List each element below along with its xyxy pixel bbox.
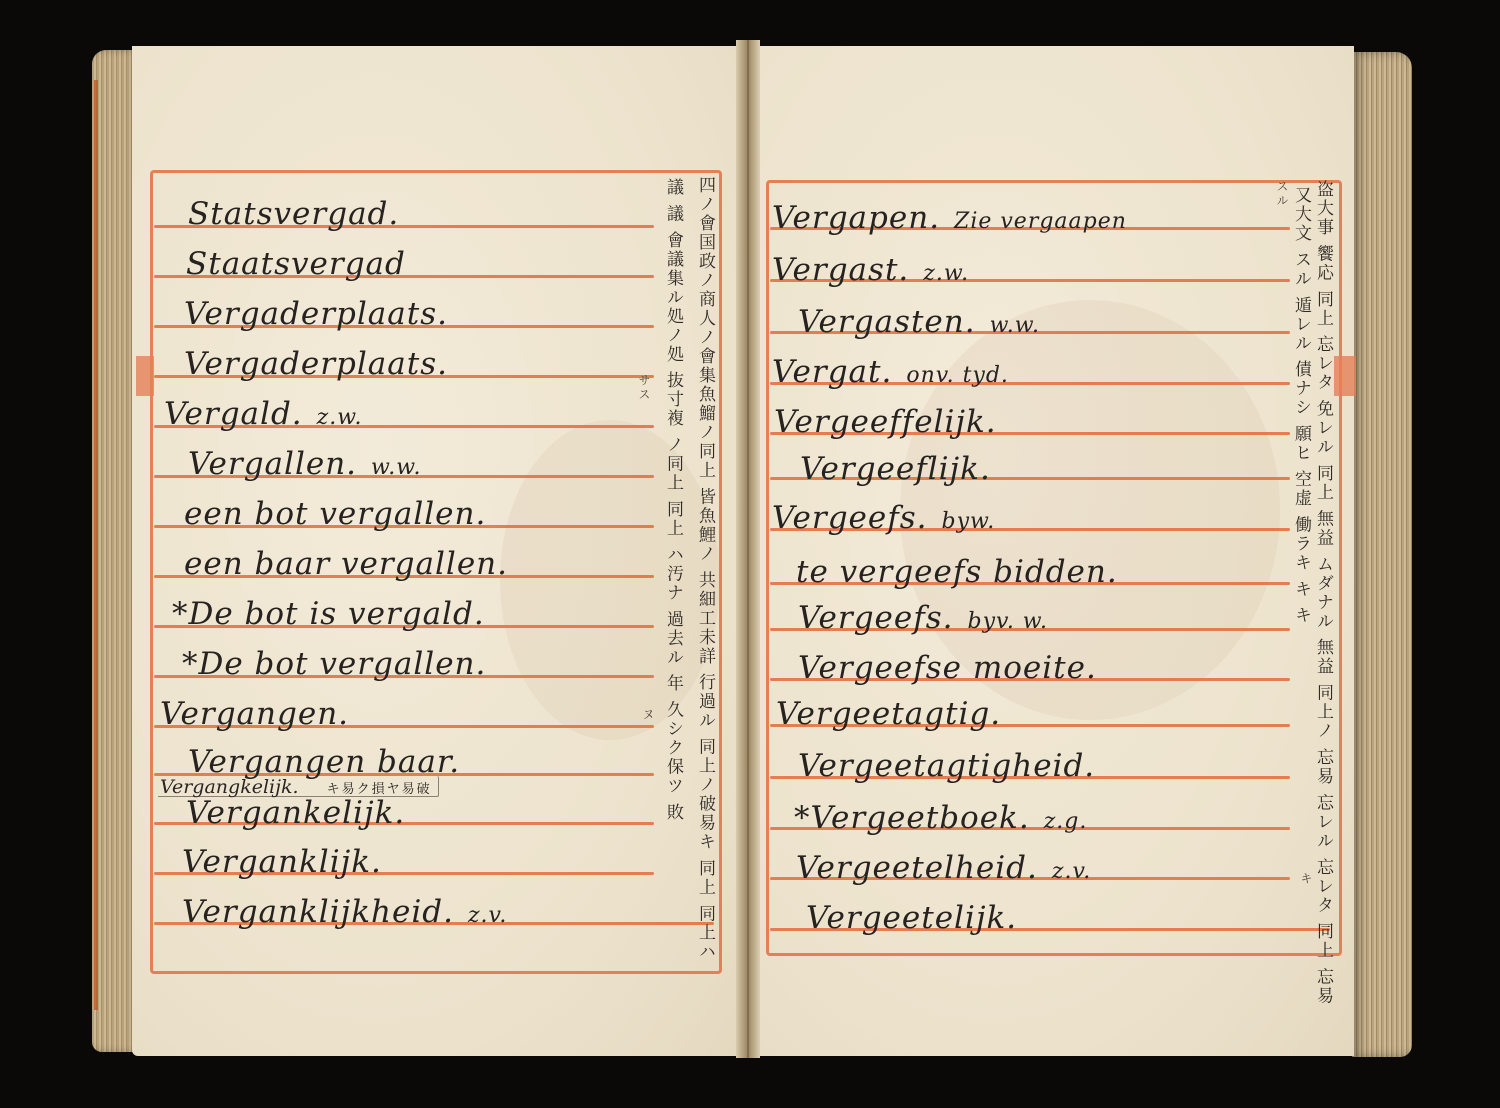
dutch-entry: Vergast.z.w. — [772, 252, 969, 288]
dutch-entry: te vergeefs bidden. — [796, 554, 1132, 590]
dutch-entry: Vergapen.Zie vergaapen — [772, 200, 1127, 236]
dutch-entry: Verganklijk. — [182, 844, 396, 880]
japanese-gloss-column: 又大文 スル 遁レル 債ナシ 願ヒ 空虚 働ラキ キ キ — [1292, 186, 1309, 766]
dutch-entry: Vergeefse moeite. — [798, 650, 1111, 686]
dutch-entry: Vergeefs.byw. — [772, 500, 995, 536]
dutch-entry: Vergat.onv. tyd. — [772, 354, 1009, 390]
right-margin-tab — [1334, 356, 1356, 396]
dutch-entry: *Vergeetboek.z.g. — [794, 800, 1087, 836]
katakana-reading: スル — [1276, 180, 1288, 208]
dutch-entry: een bot vergallen. — [184, 496, 500, 532]
dutch-entry: Staatsvergad — [186, 246, 420, 282]
dutch-entry: Verganklijkheid.z.v. — [182, 894, 507, 930]
japanese-gloss-column: 盗大事 饗応 同上 忘レタ 免レル 同上 無益 ムダナル 無益 同上ノ 忘易 忘… — [1314, 180, 1331, 920]
japanese-gloss-column: 議 議 會議集ル処ノ処 抜寸複 ノ同上 同上 ハ汚ナ 過去ル 年 久シク保ツ 敗 — [664, 178, 681, 898]
dutch-entry: Vergeefs.byv. w. — [798, 600, 1048, 636]
dutch-entry: Vergeetelheid.z.v. — [796, 850, 1091, 886]
open-book: Statsvergad. Staatsvergad Vergaderplaats… — [0, 0, 1500, 1108]
dutch-entry: Vergald.z.w. — [164, 396, 362, 432]
dutch-entry: Vergallen.w.w. — [188, 446, 421, 482]
dutch-entry: Vergankelijk. — [186, 795, 419, 831]
left-margin-tab — [136, 356, 154, 396]
dutch-entry: Vergangen. — [160, 696, 363, 732]
katakana-reading: キ — [1300, 872, 1312, 886]
dutch-entry: Statsvergad. — [188, 196, 413, 232]
book-gutter — [736, 40, 760, 1058]
inserted-correction-note: Vergangkelijk.キ易ク損ヤ易破 — [158, 776, 439, 797]
katakana-reading: サス — [638, 374, 650, 402]
dutch-entry: Vergasten.w.w. — [798, 304, 1040, 340]
dutch-entry: Vergeeffelijk. — [774, 404, 1011, 440]
dutch-entry: *De bot is vergald. — [172, 596, 499, 632]
japanese-gloss-column: 四ノ會国政ノ商人ノ會集魚鰡ノ同上 皆魚鯉ノ 共細工未詳 行過ル 同上ノ破易キ 同… — [696, 176, 713, 936]
right-page-edges — [1352, 52, 1412, 1057]
dutch-entry: een baar vergallen. — [184, 546, 522, 582]
dutch-entry: Vergeeflijk. — [800, 451, 1005, 487]
dutch-entry: Vergaderplaats. — [184, 346, 462, 382]
dutch-entry: Vergaderplaats. — [184, 296, 462, 332]
katakana-reading: ヌ — [642, 708, 654, 722]
dutch-entry: *De bot vergallen. — [182, 646, 500, 682]
dutch-entry: Vergeetagtigheid. — [798, 748, 1109, 784]
dutch-entry: Vergeetelijk. — [806, 900, 1031, 936]
dutch-entry: Vergeetagtig. — [776, 696, 1015, 732]
dutch-entry: Vergangen baar. — [188, 744, 474, 780]
